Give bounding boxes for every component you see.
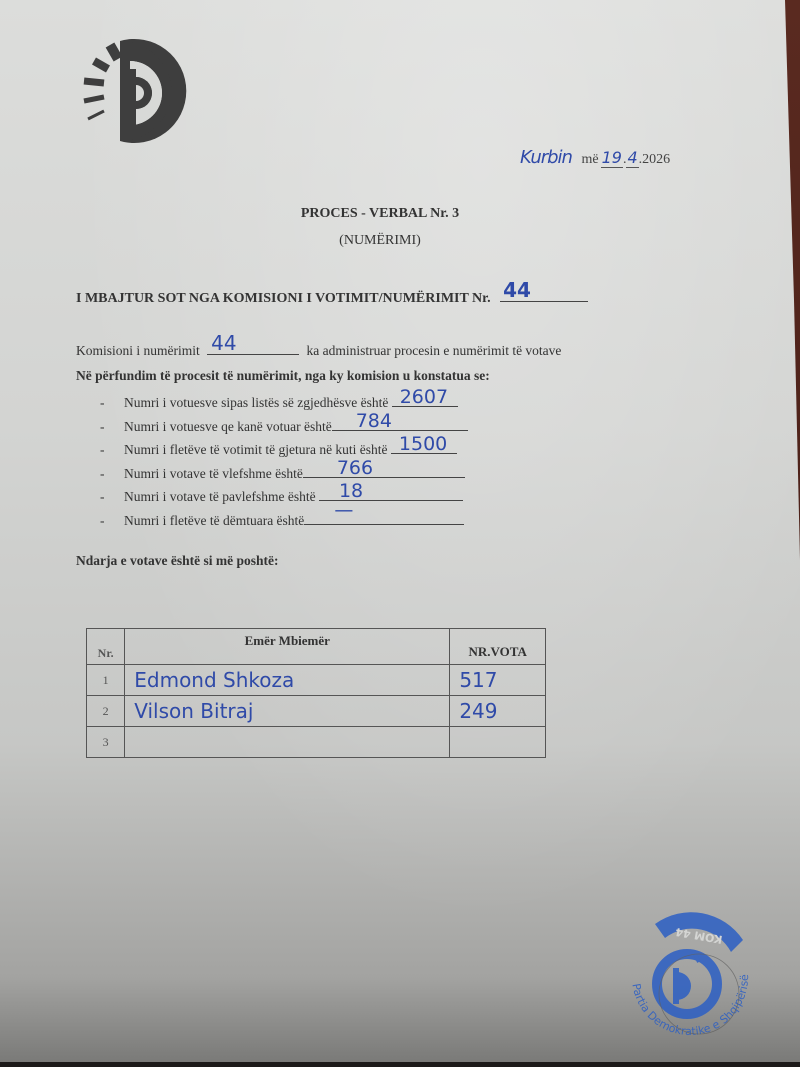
item-value: — (304, 500, 464, 520)
candidate-name: Vilson Bitraj (126, 699, 253, 723)
item-value-field: — (304, 510, 464, 525)
candidate-votes: 249 (451, 699, 497, 723)
document-title: PROCES - VERBAL Nr. 3 (0, 206, 760, 222)
candidate-name (126, 730, 134, 754)
row-nr: 1 (87, 665, 125, 696)
item-value: 2607 (392, 387, 458, 407)
item-value: 784 (332, 411, 468, 431)
item-value: 18 (319, 481, 463, 501)
document-subtitle: (NUMËRIMI) (0, 233, 760, 249)
commission-number: 44 (207, 331, 299, 355)
table-row: 1 Edmond Shkoza 517 (87, 665, 546, 696)
table-row: 2 Vilson Bitraj 249 (87, 696, 546, 727)
item-label: Numri i fletëve të votimit të gjetura në… (124, 442, 388, 457)
item-label: Numri i votave të vlefshme është (124, 466, 303, 481)
item-label: Numri i votuesve qe kanë votuar është (124, 419, 332, 434)
header-name: Emër Mbiemër (125, 629, 450, 665)
header-votes: NR.VOTA (450, 629, 546, 665)
item-value: 766 (303, 458, 465, 478)
place-signature: Kurbin (520, 147, 572, 168)
conclusion-heading: Në përfundim të procesit të numërimit, n… (76, 368, 490, 384)
party-logo-icon (80, 33, 200, 147)
paper-sheet: Kurbin më19.4.2026 PROCES - VERBAL Nr. 3… (0, 0, 800, 1062)
party-stamp-icon: KOM 44 Partia Demokratike e Shqipërisë (615, 902, 765, 1052)
held-by-line: I MBAJTUR SOT NGA KOMISIONI I VOTIMIT/NU… (76, 285, 588, 307)
place-and-date: Kurbin më19.4.2026 (520, 147, 670, 168)
item-value-field: 766 (303, 463, 465, 478)
item-label: Numri i votave të pavlefshme është (124, 489, 316, 504)
date-label: më (581, 152, 598, 167)
item-label: Numri i votuesve sipas listës së zgjedhë… (124, 395, 388, 410)
commission-line: Komisioni i numërimit 44 ka administruar… (76, 340, 561, 359)
held-by-label: I MBAJTUR SOT NGA KOMISIONI I VOTIMIT/NU… (76, 291, 491, 306)
item-value-field: 1500 (391, 439, 457, 454)
table-header-row: Nr. Emër Mbiemër NR.VOTA (87, 629, 546, 665)
held-by-number: 44 (500, 278, 588, 302)
item-value-field: 2607 (392, 392, 458, 407)
date-day: 19 (601, 148, 623, 168)
table-row: 3 (87, 727, 546, 758)
count-items: -Numri i votuesve sipas listës së zgjedh… (100, 392, 468, 533)
candidate-votes (451, 730, 459, 754)
commission-label-before: Komisioni i numërimit (76, 343, 200, 358)
item-label: Numri i fletëve të dëmtuara është (124, 513, 304, 528)
item-value: 1500 (391, 434, 457, 454)
candidate-name: Edmond Shkoza (126, 668, 294, 692)
row-nr: 2 (87, 696, 125, 727)
votes-table: Nr. Emër Mbiemër NR.VOTA 1 Edmond Shkoza… (86, 628, 546, 758)
held-by-number-field: 44 (500, 285, 588, 302)
count-item-damaged: -Numri i fletëve të dëmtuara është— (100, 510, 468, 534)
date-month: 4 (626, 148, 638, 168)
candidate-votes: 517 (451, 668, 497, 692)
commission-number-field: 44 (207, 340, 299, 355)
header-nr: Nr. (87, 629, 125, 665)
item-value-field: 784 (332, 416, 468, 431)
distribution-heading: Ndarja e votave është si më poshtë: (76, 553, 278, 569)
commission-label-after: ka administruar procesin e numërimit të … (307, 343, 562, 358)
row-nr: 3 (87, 727, 125, 758)
date-year: .2026 (639, 152, 671, 167)
